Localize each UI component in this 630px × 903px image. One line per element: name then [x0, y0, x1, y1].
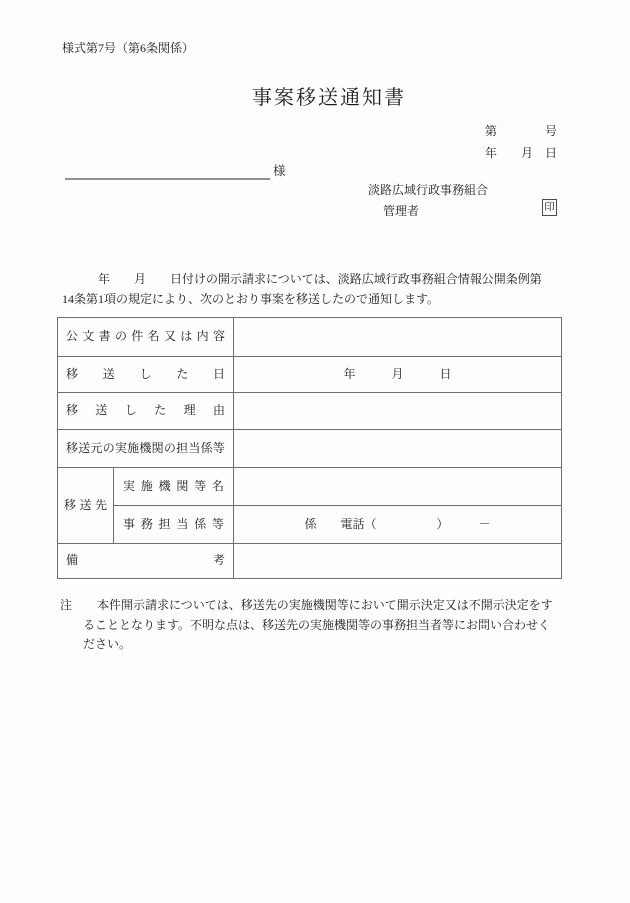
transfer-table: 公文書の件名又は内容 移送した日 年 月 日 移送した理由 移送元の実施機関の担…	[57, 317, 562, 579]
footnote-line: 本件開示請求については、移送先の実施機関等において開示決定又は不開示決定をす	[83, 596, 565, 616]
cell-transfer-reason-value	[234, 393, 562, 430]
addressee-blank-underline	[65, 167, 270, 180]
footnote-body: 本件開示請求については、移送先の実施機関等において開示決定又は不開示決定をす る…	[83, 596, 565, 655]
row-label-transfer-date: 移送した日	[66, 367, 225, 383]
cell-remarks-value	[234, 544, 562, 579]
table-row: 事務担当係等 係 電話（ ） －	[58, 506, 562, 544]
row-label-source-section: 移送元の実施機関の担当係等	[66, 441, 225, 457]
row-label-agency-name: 実施機関等名	[123, 479, 224, 495]
row-label-document-title: 公文書の件名又は内容	[66, 329, 225, 345]
row-label-contact-section: 事務担当係等	[123, 517, 224, 533]
issue-date: 年 月 日	[485, 146, 557, 162]
table-row: 移送した日 年 月 日	[58, 357, 562, 393]
footnote: 注 本件開示請求については、移送先の実施機関等において開示決定又は不開示決定をす…	[60, 596, 565, 655]
addressee-suffix: 様	[273, 164, 286, 178]
page-title: 事案移送通知書	[252, 85, 406, 111]
footnote-line: ることとなります。不明な点は、移送先の実施機関等の事務担当者等にお問い合わせく	[83, 616, 565, 636]
cell-document-title-value	[234, 318, 562, 357]
table-row: 移送した理由	[58, 393, 562, 430]
addressee-line: 様	[65, 163, 286, 180]
manager-label: 管理者	[383, 204, 419, 220]
body-paragraph: 年 月 日付けの開示請求については、淡路広域行政事務組合情報公開条例第 14条第…	[62, 270, 562, 309]
table-row: 公文書の件名又は内容	[58, 318, 562, 357]
document-number: 第 号	[485, 124, 557, 140]
cell-agency-name-value	[234, 468, 562, 506]
table-row: 移送先 実施機関等名	[58, 468, 562, 506]
paragraph-line: 14条第1項の規定により、次のとおり事案を移送したので通知します。	[62, 290, 562, 310]
row-label-remarks: 備考	[66, 553, 225, 569]
format-number: 様式第7号（第6条関係）	[62, 41, 194, 57]
table-row: 移送元の実施機関の担当係等	[58, 430, 562, 468]
footnote-label: 注	[60, 596, 72, 616]
cell-transfer-date-value: 年 月 日	[234, 357, 562, 393]
table-row: 備考	[58, 544, 562, 579]
document-page: 様式第7号（第6条関係） 事案移送通知書 第 号 年 月 日 様 淡路広域行政事…	[0, 0, 630, 903]
row-label-transfer-reason: 移送した理由	[66, 403, 225, 419]
cell-contact-section-value: 係 電話（ ） －	[234, 506, 562, 544]
paragraph-line: 年 月 日付けの開示請求については、淡路広域行政事務組合情報公開条例第	[62, 270, 562, 290]
organization-name: 淡路広域行政事務組合	[368, 183, 488, 199]
row-label-destination: 移送先	[64, 498, 107, 514]
seal-mark: 印	[542, 199, 557, 216]
cell-source-section-value	[234, 430, 562, 468]
footnote-line: ださい。	[83, 635, 565, 655]
